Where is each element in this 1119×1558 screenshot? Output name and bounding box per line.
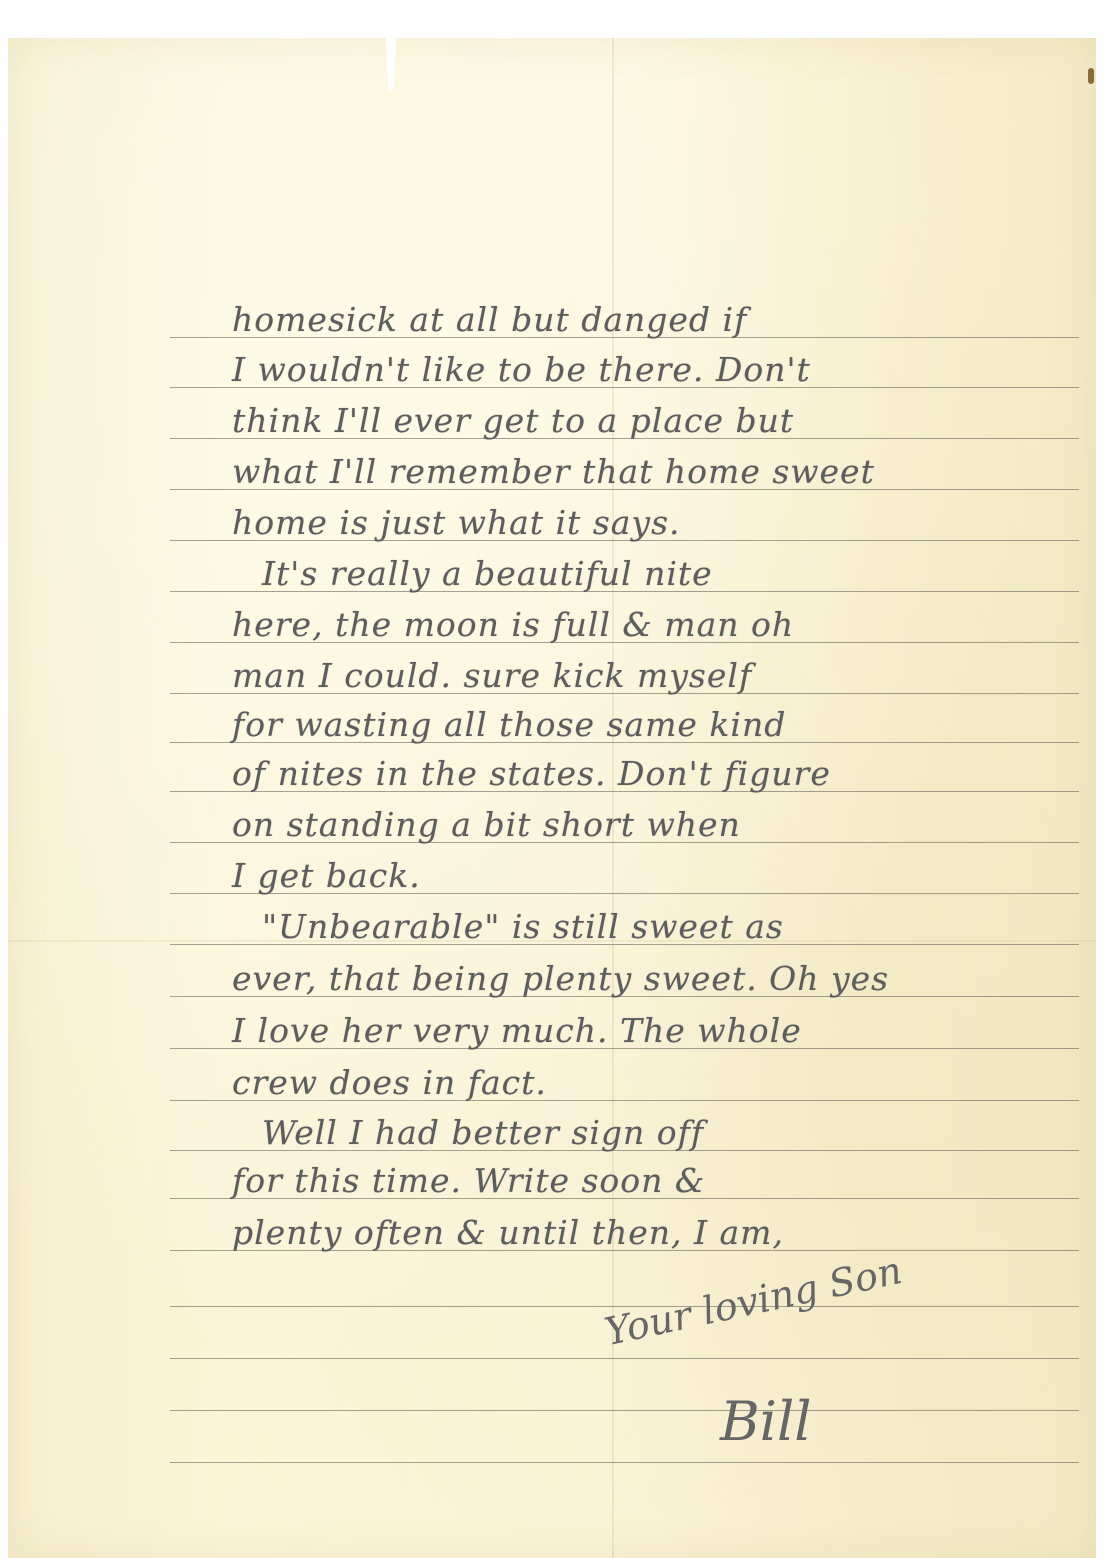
letter-line: Well I had better sign off (262, 1113, 704, 1152)
signature: Bill (720, 1390, 812, 1453)
letter-line: It's really a beautiful nite (262, 554, 713, 593)
rule-line (170, 1358, 1079, 1359)
paper-stain (1088, 68, 1094, 84)
letter-line: on standing a bit short when (232, 805, 741, 844)
rule-line (170, 1410, 1079, 1411)
letter-line: for wasting all those same kind (232, 705, 786, 744)
letter-line: ever, that being plenty sweet. Oh yes (232, 959, 889, 998)
letter-line: homesick at all but danged if (232, 300, 747, 339)
letter-line: home is just what it says. (232, 503, 681, 542)
letter-line: for this time. Write soon & (232, 1161, 705, 1200)
letter-line: "Unbearable" is still sweet as (262, 907, 784, 946)
letter-line: plenty often & until then, I am, (232, 1213, 784, 1252)
letter-paper (8, 38, 1096, 1558)
letter-line: crew does in fact. (232, 1063, 547, 1102)
rule-line (170, 1462, 1079, 1463)
letter-line: here, the moon is full & man oh (232, 605, 794, 644)
letter-line: what I'll remember that home sweet (232, 452, 875, 491)
letter-line: of nites in the states. Don't figure (232, 754, 831, 793)
letter-line: man I could. sure kick myself (232, 656, 752, 695)
letter-line: I get back. (232, 856, 421, 895)
letter-line: I love her very much. The whole (232, 1011, 802, 1050)
letter-line: I wouldn't like to be there. Don't (232, 350, 811, 389)
letter-line: think I'll ever get to a place but (232, 401, 794, 440)
